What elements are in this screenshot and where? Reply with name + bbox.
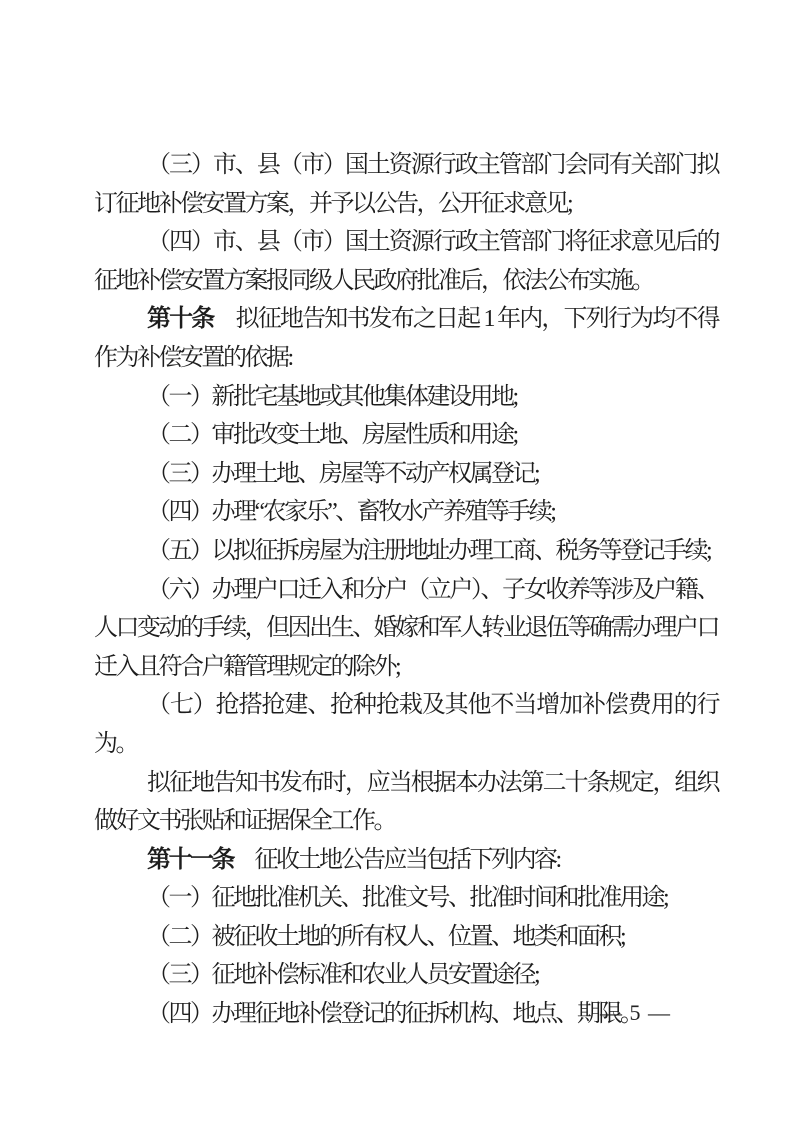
paragraph-text: （二）被征收土地的所有权人、位置、地类和面积; — [147, 924, 624, 950]
paragraph: （四）市、县（市）国土资源行政主管部门将征求意见后的征地补偿安置方案报同级人民政… — [94, 223, 718, 300]
paragraph: （一）征地批准机关、批准文号、批准时间和批准用途; — [94, 879, 718, 918]
paragraph: （三）市、县（市）国土资源行政主管部门会同有关部门拟订征地补偿安置方案，并予以公… — [94, 146, 718, 223]
paragraph-text: （四）办理征地补偿登记的征拆机构、地点、期限。 — [147, 1001, 642, 1027]
paragraph: （五）以拟征拆房屋为注册地址办理工商、税务等登记手续; — [94, 532, 718, 571]
paragraph-text: （二）审批改变土地、房屋性质和用途; — [147, 422, 517, 448]
article-number: 第十条 — [147, 306, 213, 332]
paragraph-text: （六）办理户口迁入和分户（立户）、子女收养等涉及户籍、人口变动的手续，但因出生、… — [94, 577, 718, 680]
paragraph: 第十一条 征收土地公告应当包括下列内容: — [94, 841, 718, 880]
article-number: 第十一条 — [147, 847, 233, 873]
paragraph-text: 征收土地公告应当包括下列内容: — [233, 847, 560, 873]
paragraph: （六）办理户口迁入和分户（立户）、子女收养等涉及户籍、人口变动的手续，但因出生、… — [94, 571, 718, 687]
paragraph-text: （五）以拟征拆房屋为注册地址办理工商、税务等登记手续; — [147, 538, 710, 564]
page-number: — 5 — — [600, 1000, 671, 1026]
paragraph: （七）抢搭抢建、抢种抢栽及其他不当增加补偿费用的行为。 — [94, 686, 718, 763]
paragraph-text: （三）市、县（市）国土资源行政主管部门会同有关部门拟订征地补偿安置方案，并予以公… — [94, 152, 718, 217]
paragraph: （二）审批改变土地、房屋性质和用途; — [94, 416, 718, 455]
paragraph: 第十条 拟征地告知书发布之日起 1 年内，下列行为均不得作为补偿安置的依据: — [94, 300, 718, 377]
paragraph: （四）办理“农家乐”、畜牧水产养殖等手续; — [94, 493, 718, 532]
paragraph: （二）被征收土地的所有权人、位置、地类和面积; — [94, 918, 718, 957]
body-text: （三）市、县（市）国土资源行政主管部门会同有关部门拟订征地补偿安置方案，并予以公… — [94, 146, 718, 1034]
paragraph: （一）新批宅基地或其他集体建设用地; — [94, 378, 718, 417]
paragraph-text: （四）市、县（市）国土资源行政主管部门将征求意见后的征地补偿安置方案报同级人民政… — [94, 229, 718, 294]
paragraph-text: （四）办理“农家乐”、畜牧水产养殖等手续; — [147, 499, 554, 525]
paragraph-text: （七）抢搭抢建、抢种抢栽及其他不当增加补偿费用的行为。 — [94, 692, 718, 757]
paragraph-text: （三）办理土地、房屋等不动产权属登记; — [147, 461, 538, 487]
paragraph-text: （一）征地批准机关、批准文号、批准时间和批准用途; — [147, 885, 667, 911]
paragraph: （三）征地补偿标准和农业人员安置途径; — [94, 956, 718, 995]
paragraph: 拟征地告知书发布时，应当根据本办法第二十条规定，组织做好文书张贴和证据保全工作。 — [94, 764, 718, 841]
paragraph-text: （三）征地补偿标准和农业人员安置途径; — [147, 962, 538, 988]
paragraph-text: 拟征地告知书发布时，应当根据本办法第二十条规定，组织做好文书张贴和证据保全工作。 — [94, 770, 718, 835]
document-page: （三）市、县（市）国土资源行政主管部门会同有关部门拟订征地补偿安置方案，并予以公… — [0, 0, 793, 1122]
paragraph: （三）办理土地、房屋等不动产权属登记; — [94, 455, 718, 494]
paragraph-text: （一）新批宅基地或其他集体建设用地; — [147, 384, 517, 410]
